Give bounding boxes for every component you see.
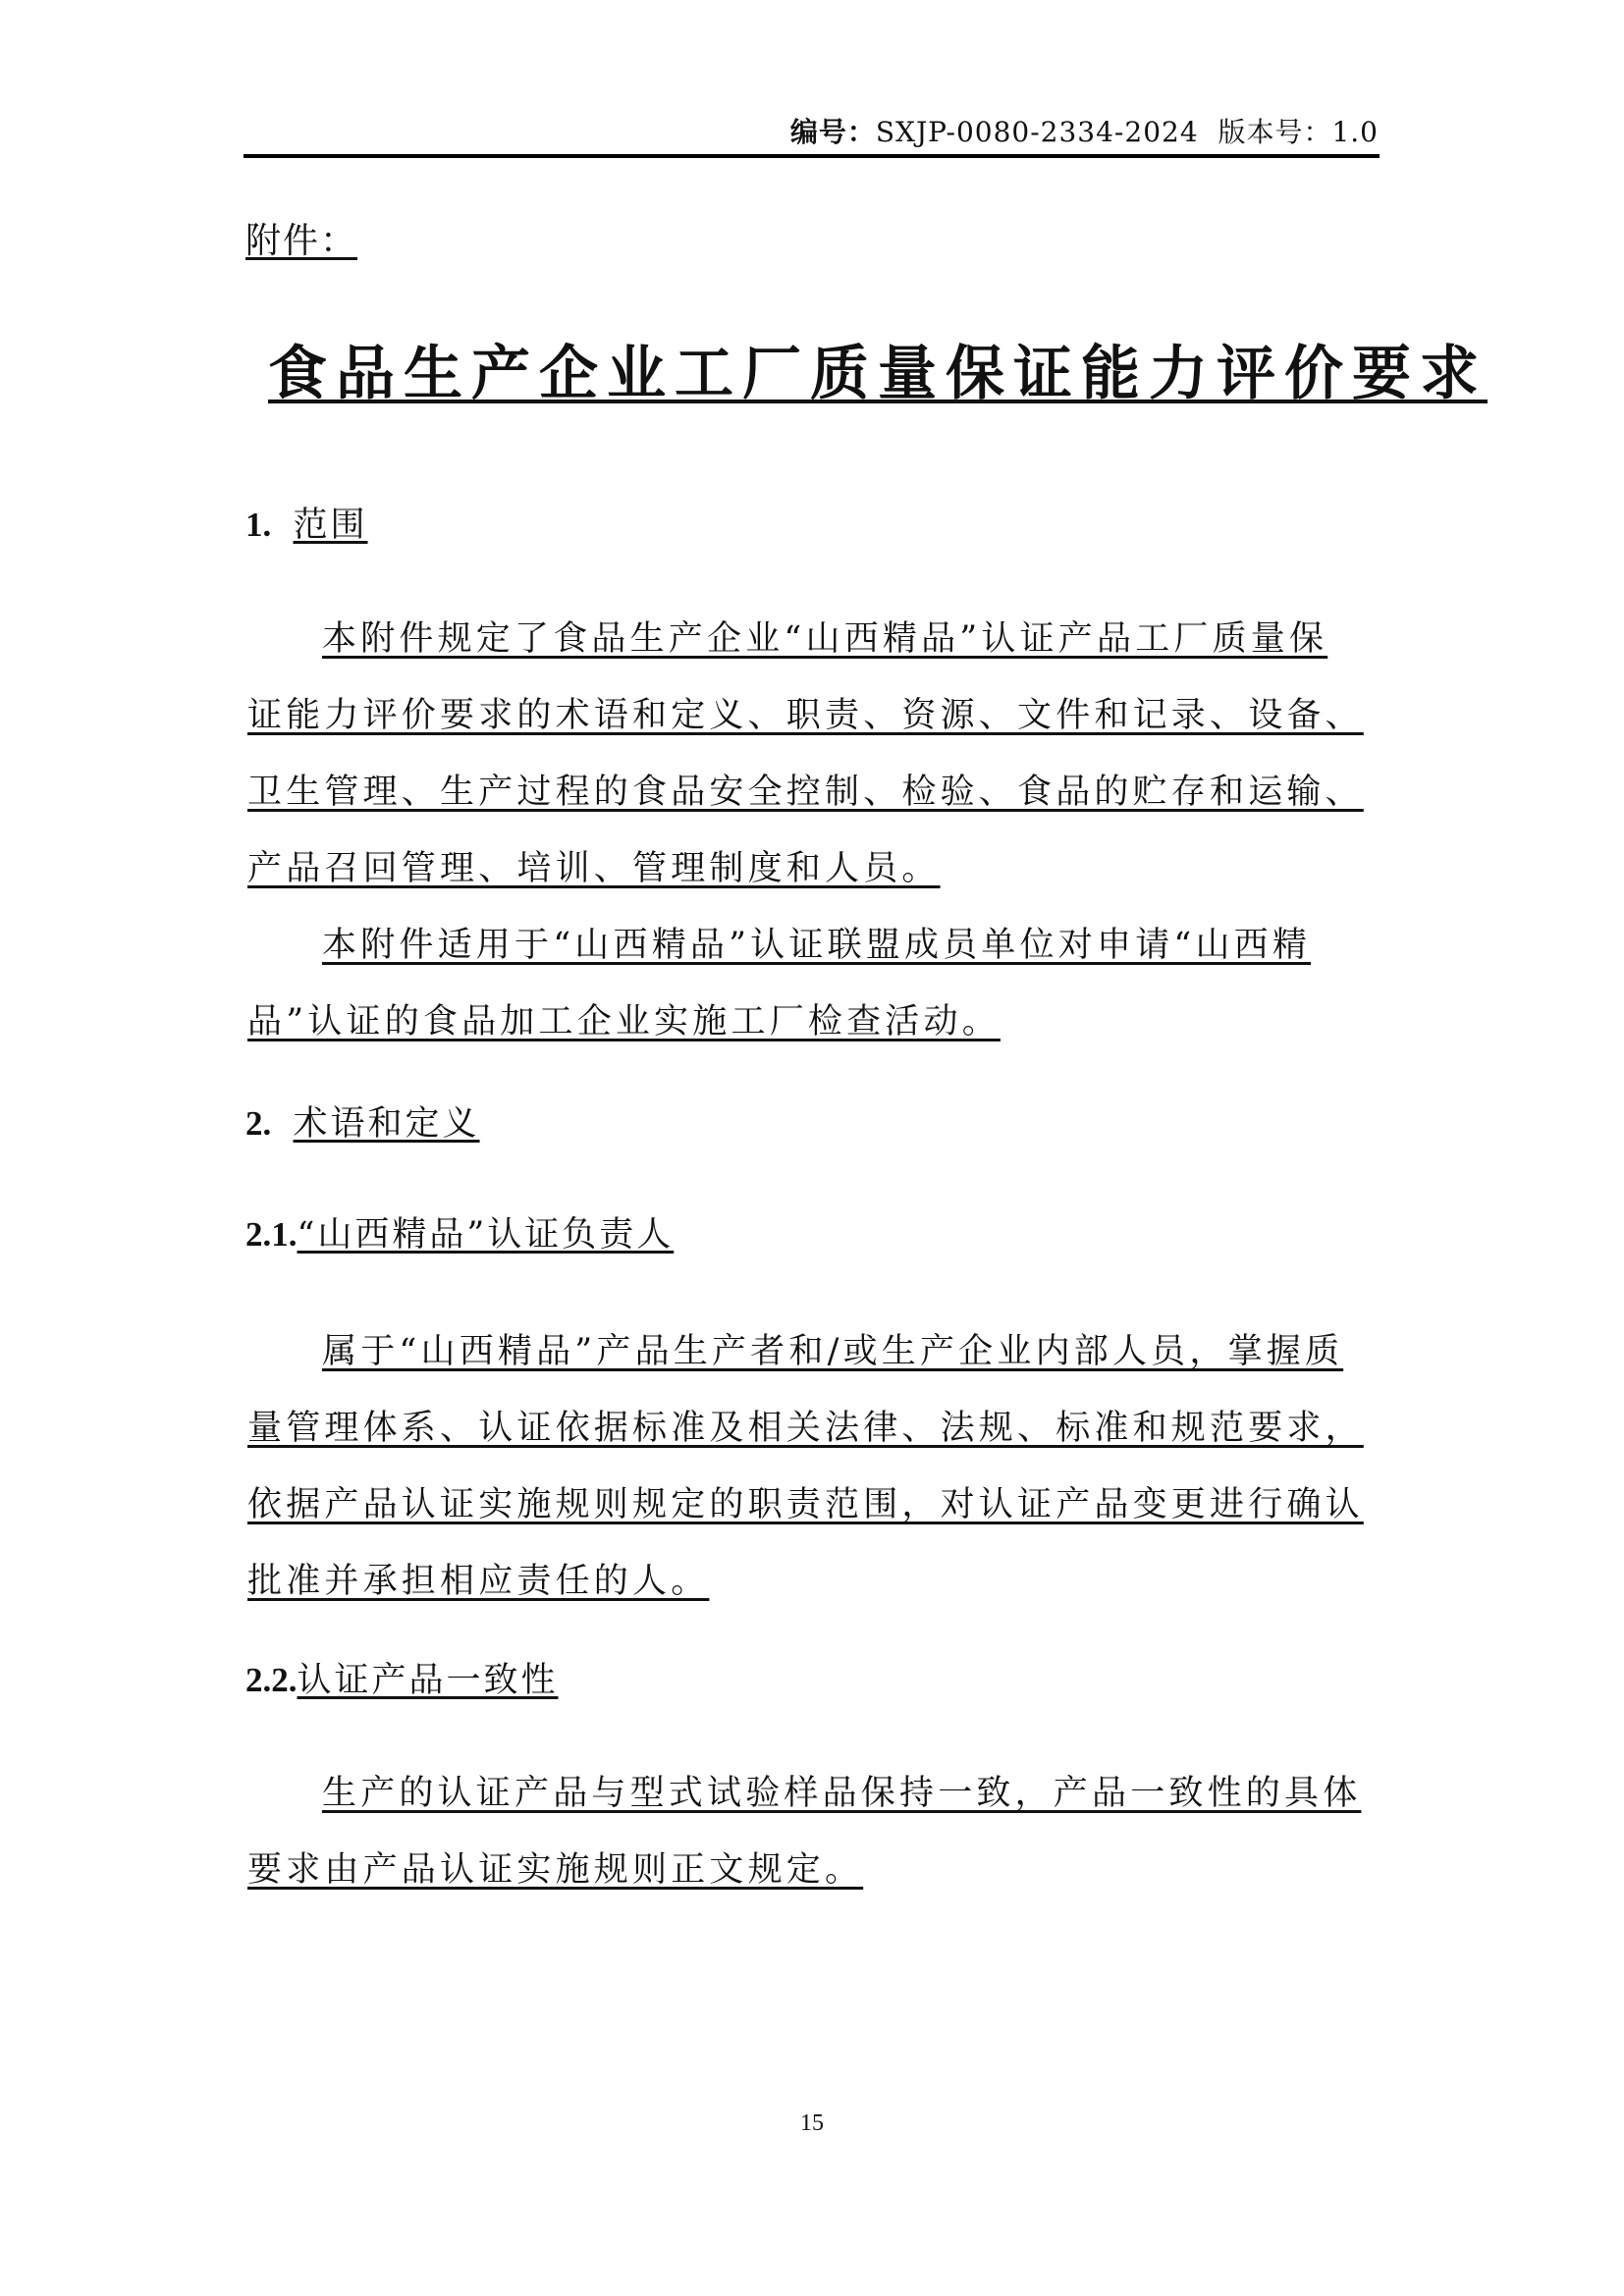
page-number: 15 (0, 2109, 1624, 2138)
paragraph-line: 批准并承担相应责任的人。 (247, 1560, 709, 1603)
code-value: SXJP-0080-2334-2024 (876, 116, 1199, 148)
code-label: 编号： (790, 116, 876, 148)
section-number: 2. (245, 1104, 271, 1143)
paragraph-line: 要求由产品认证实施规则正文规定。 (247, 1848, 863, 1892)
header-divider (244, 154, 1380, 158)
section-title: 认证产品一致性 (298, 1661, 559, 1700)
section-number: 2.2. (245, 1661, 298, 1699)
section-heading-2-2: 2.2.认证产品一致性 (245, 1659, 559, 1702)
section-number: 1. (245, 506, 271, 544)
section-heading-2: 2. 术语和定义 (245, 1102, 480, 1146)
attachment-label: 附件： (245, 220, 357, 263)
paragraph-line: 本附件适用于“山西精品”认证联盟成员单位对申请“山西精 (322, 924, 1311, 967)
section-title: 范围 (294, 506, 368, 545)
paragraph-line: 生产的认证产品与型式试验样品保持一致，产品一致性的具体 (322, 1772, 1361, 1815)
paragraph-line: 量管理体系、认证依据标准及相关法律、法规、标准和规范要求， (247, 1407, 1364, 1450)
document-header: 编号：SXJP-0080-2334-2024 版本号：1.0 (790, 116, 1379, 149)
paragraph-line: 依据产品认证实施规则规定的职责范围，对认证产品变更进行确认 (247, 1483, 1364, 1526)
paragraph-line: 属于“山西精品”产品生产者和/或生产企业内部人员，掌握质 (322, 1330, 1343, 1373)
section-title: 术语和定义 (294, 1104, 480, 1144)
section-heading-1: 1. 范围 (245, 504, 368, 547)
paragraph-line: 品”认证的食品加工企业实施工厂检查活动。 (247, 1000, 1001, 1043)
section-heading-2-1: 2.1.“山西精品”认证负责人 (245, 1213, 674, 1256)
paragraph-line: 卫生管理、生产过程的食品安全控制、检验、食品的贮存和运输、 (247, 771, 1364, 814)
document-title: 食品生产企业工厂质量保证能力评价要求 (268, 340, 1368, 408)
paragraph-line: 产品召回管理、培训、管理制度和人员。 (247, 847, 941, 890)
version-value: 1.0 (1331, 116, 1379, 148)
version-label: 版本号： (1218, 116, 1331, 148)
paragraph-line: 证能力评价要求的术语和定义、职责、资源、文件和记录、设备、 (247, 694, 1364, 737)
section-title: “山西精品”认证负责人 (298, 1215, 675, 1255)
section-number: 2.1. (245, 1215, 298, 1254)
paragraph-line: 本附件规定了食品生产企业“山西精品”认证产品工厂质量保 (322, 617, 1327, 661)
